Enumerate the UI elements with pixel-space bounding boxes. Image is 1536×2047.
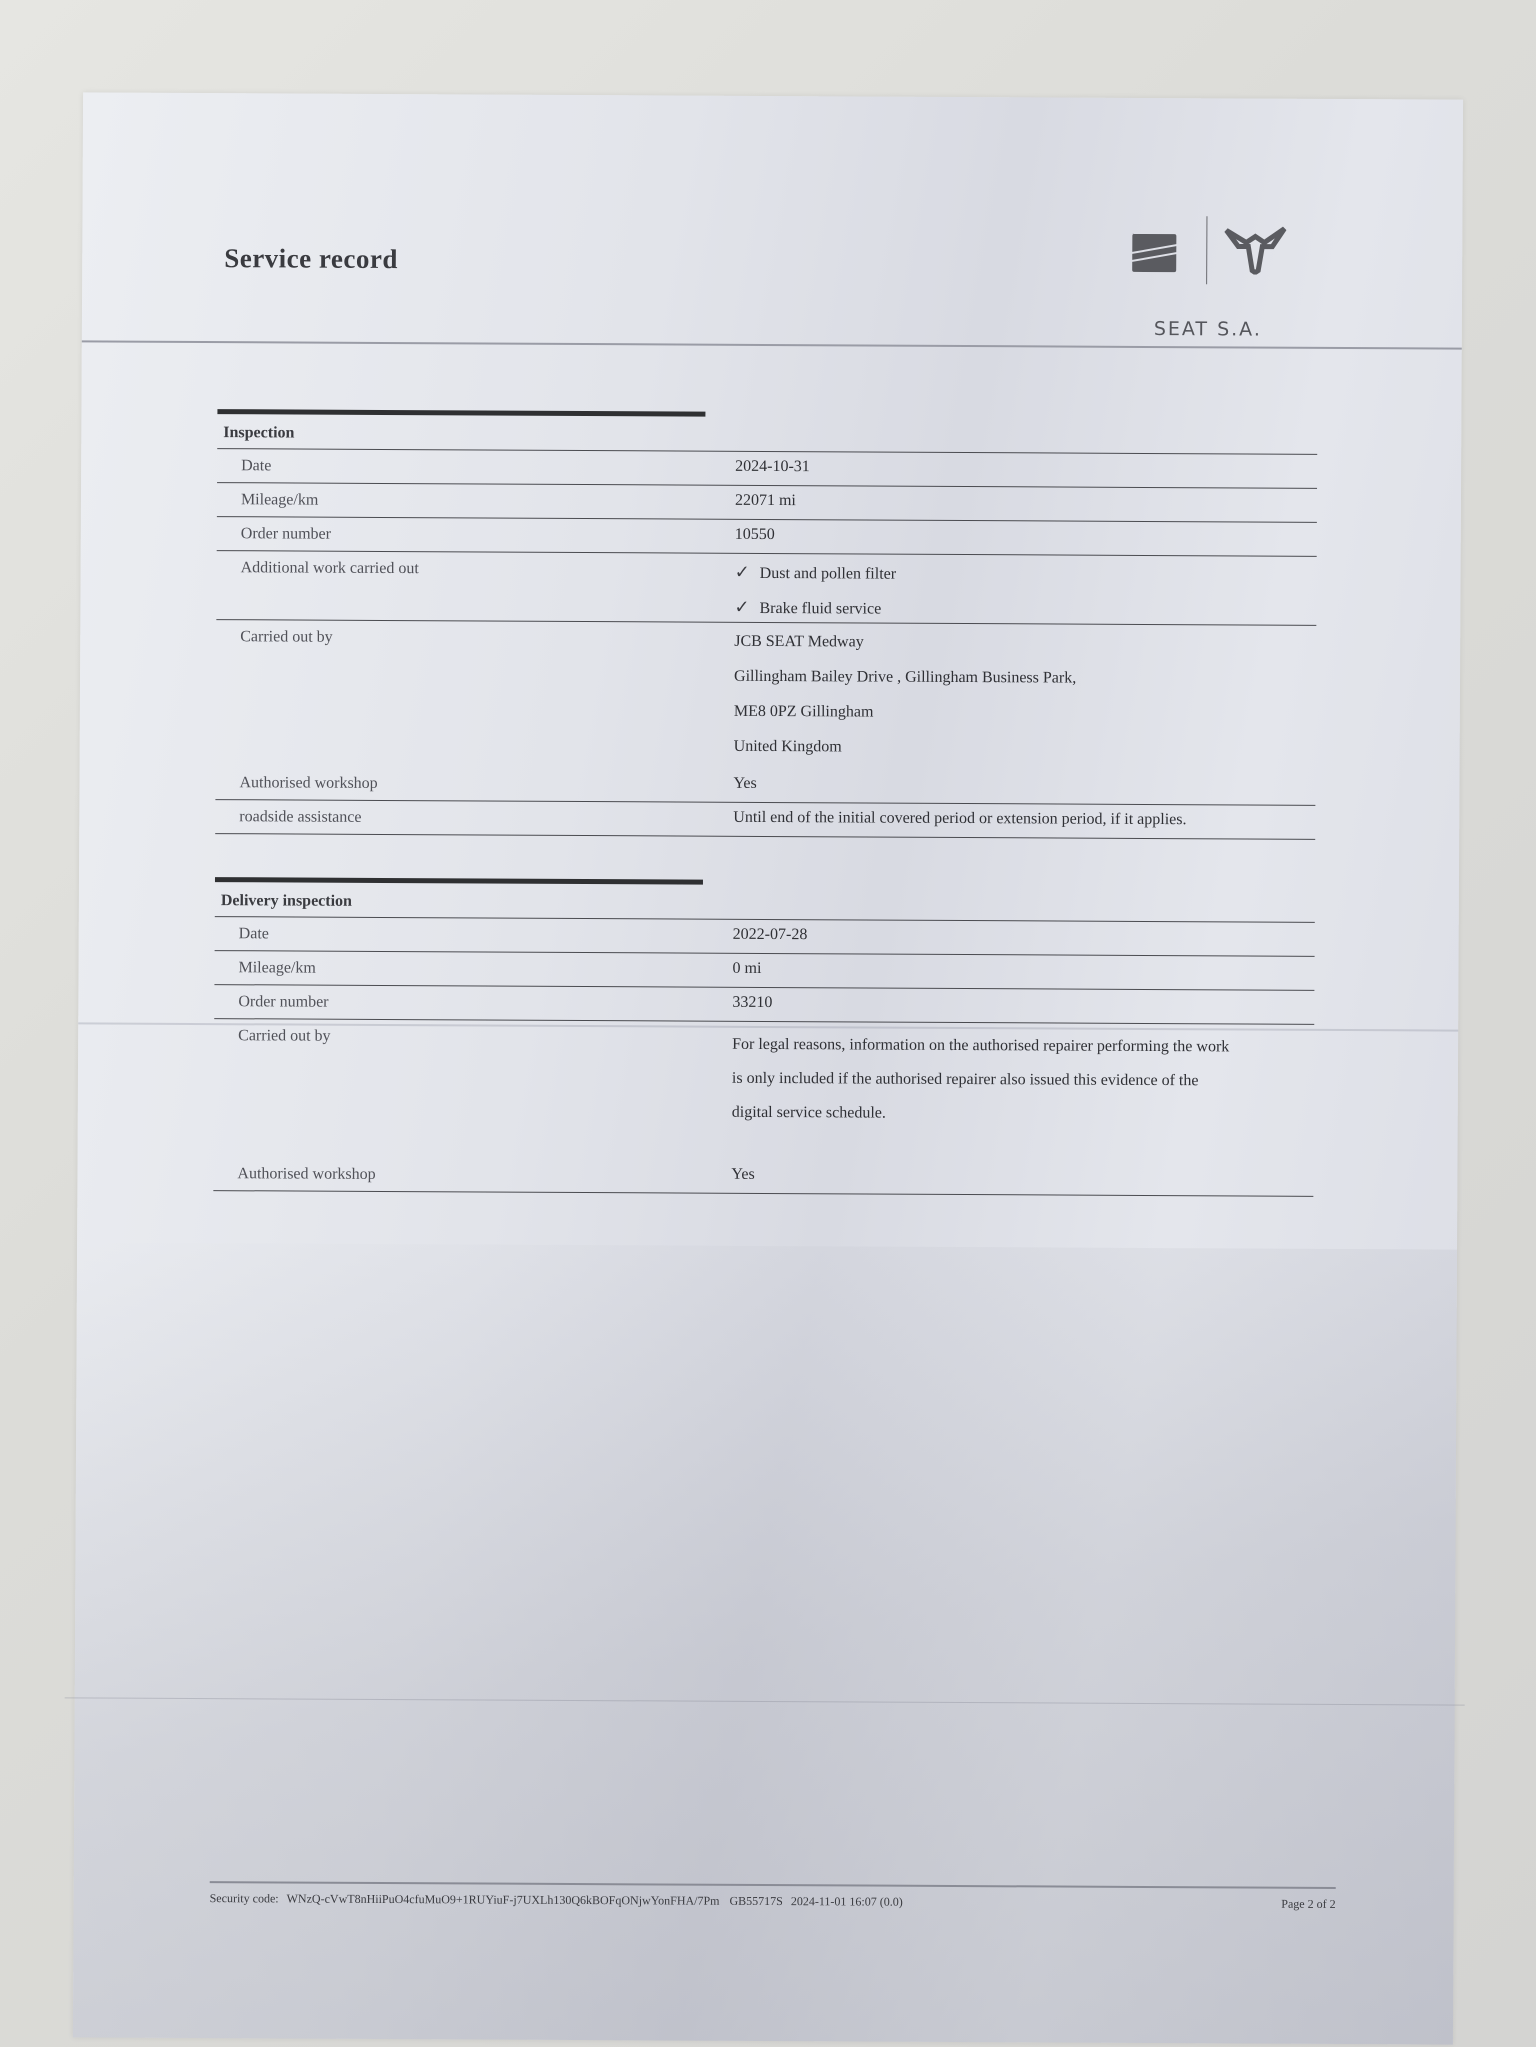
row-carried-out-by: Carried out by For legal reasons, inform…: [214, 1019, 1315, 1163]
document-title: Service record: [224, 243, 398, 275]
field-value: For legal reasons, information on the au…: [732, 1022, 1315, 1133]
address-line: United Kingdom: [734, 734, 1316, 772]
row-order-number: Order number 33210: [214, 985, 1314, 1025]
field-label: Order number: [214, 985, 732, 1014]
checkmark-icon: ✓: [734, 597, 749, 618]
field-label: Date: [215, 917, 733, 946]
crease-line: [65, 1697, 1465, 1705]
footer-divider: [210, 1881, 1336, 1888]
field-value: 22071 mi: [735, 486, 1317, 513]
print-timestamp: 2024-11-01 16:07 (0.0): [791, 1894, 903, 1910]
field-value: Yes: [731, 1160, 1313, 1187]
field-value: Until end of the initial covered period …: [733, 803, 1315, 830]
row-order-number: Order number 10550: [217, 517, 1317, 557]
field-label: Authorised workshop: [215, 766, 733, 795]
notice-line: For legal reasons, information on the au…: [732, 1028, 1314, 1065]
row-mileage: Mileage/km 22071 mi: [217, 483, 1317, 523]
address-line: Gillingham Bailey Drive , Gillingham Bus…: [734, 664, 1316, 702]
logo-divider: [1206, 216, 1207, 284]
field-label: Additional work carried out: [217, 551, 735, 580]
field-value: 2022-07-28: [733, 920, 1315, 947]
work-item: ✓Brake fluid service: [734, 595, 1316, 625]
row-authorised-workshop: Authorised workshop Yes: [215, 766, 1315, 806]
section-bar: [215, 877, 703, 885]
field-value: 33210: [732, 988, 1314, 1015]
address-line: ME8 0PZ Gillingham: [734, 699, 1316, 737]
page-number: Page 2 of 2: [1281, 1897, 1335, 1912]
reference-code: GB55717S: [729, 1894, 782, 1909]
field-label: Carried out by: [214, 1019, 732, 1048]
row-carried-out-by: Carried out by JCB SEAT Medway Gillingha…: [216, 620, 1317, 772]
checkmark-icon: ✓: [735, 562, 750, 583]
field-value: Yes: [733, 769, 1315, 796]
address-line: JCB SEAT Medway: [734, 629, 1316, 667]
company-name: SEAT S.A.: [1154, 318, 1262, 341]
field-value: JCB SEAT Medway Gillingham Bailey Drive …: [734, 623, 1317, 772]
field-value: 10550: [735, 520, 1317, 547]
security-code: WNzQ-cVwT8nHiiPuO4cfuMuO9+1RUYiuF-j7UXLh…: [287, 1891, 720, 1908]
inspection-section: Inspection Date 2024-10-31 Mileage/km 22…: [215, 409, 1317, 840]
row-authorised-workshop: Authorised workshop Yes: [213, 1157, 1313, 1197]
field-value: 0 mi: [732, 954, 1314, 981]
cupra-logo-icon: [1224, 224, 1286, 274]
document-page: Service record SEAT S.A. Inspection Date…: [73, 92, 1463, 2044]
seat-logo-icon: [1128, 232, 1178, 274]
field-label: Mileage/km: [214, 951, 732, 980]
field-label: Date: [217, 449, 735, 478]
footer: Security code: WNzQ-cVwT8nHiiPuO4cfuMuO9…: [210, 1891, 1336, 1912]
row-date: Date 2024-10-31: [217, 449, 1317, 489]
delivery-inspection-section: Delivery inspection Date 2022-07-28 Mile…: [213, 877, 1315, 1197]
field-label: Order number: [217, 517, 735, 546]
field-label: roadside assistance: [215, 800, 733, 829]
row-additional-work: Additional work carried out ✓Dust and po…: [216, 551, 1316, 626]
field-value: ✓Dust and pollen filter ✓Brake fluid ser…: [734, 554, 1316, 625]
field-label: Mileage/km: [217, 483, 735, 512]
work-item: ✓Dust and pollen filter: [734, 560, 1316, 598]
field-value: 2024-10-31: [735, 452, 1317, 479]
notice-line: digital service schedule.: [732, 1096, 1314, 1133]
security-code-label: Security code:: [210, 1891, 279, 1906]
section-bar: [217, 409, 705, 417]
page-shadow: [73, 1242, 1457, 2044]
row-roadside-assistance: roadside assistance Until end of the ini…: [215, 800, 1315, 840]
field-label: Authorised workshop: [213, 1157, 731, 1186]
row-date: Date 2022-07-28: [215, 917, 1315, 957]
field-label: Carried out by: [216, 620, 734, 649]
notice-line: is only included if the authorised repai…: [732, 1062, 1314, 1099]
row-mileage: Mileage/km 0 mi: [214, 951, 1314, 991]
brand-logos: SEAT S.A.: [1102, 208, 1343, 359]
